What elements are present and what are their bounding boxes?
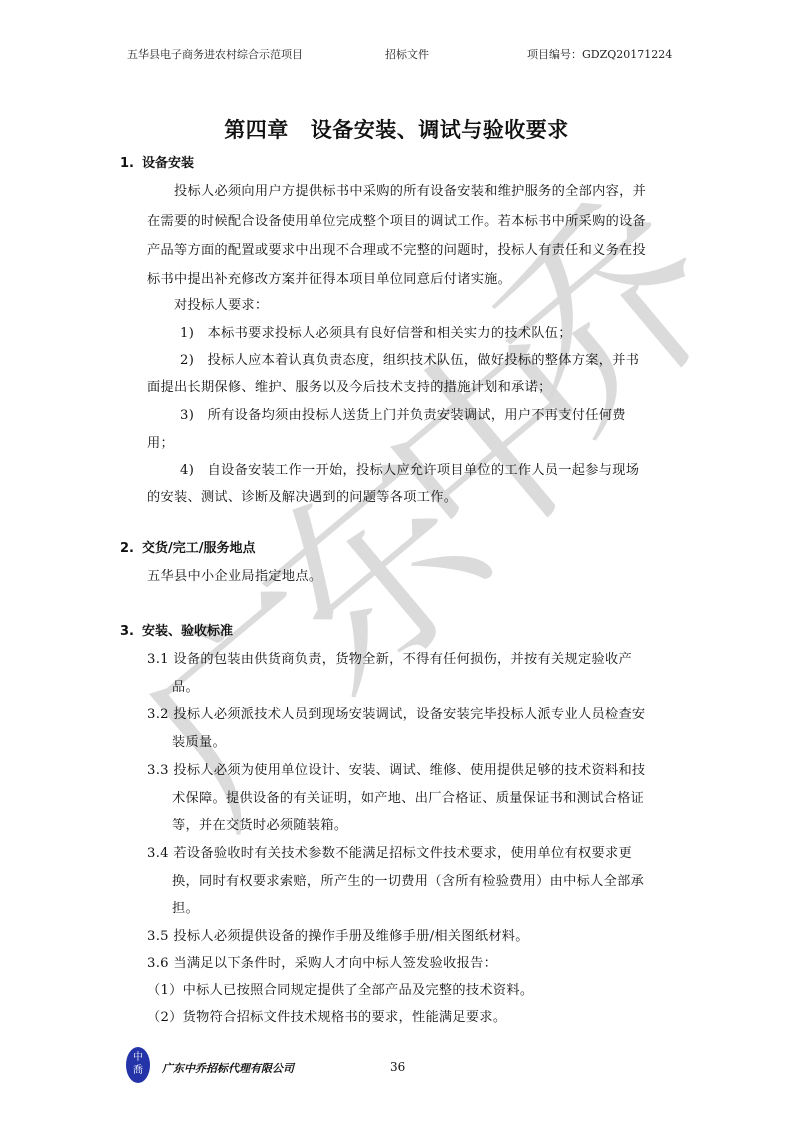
section-heading: 1.设备安装 [120,152,194,171]
paragraph-line: 用； [147,432,174,451]
section-heading: 3.安装、验收标准 [120,620,233,639]
list-item: 3.5 投标人必须提供设备的操作手册及维修手册/相关图纸材料。 [147,925,529,944]
list-item: 2) 投标人应本着认真负责态度，组织技术队伍，做好投标的整体方案，并书 [180,349,639,368]
paragraph-line: 等，并在交货时必须随装箱。 [172,814,347,833]
list-item: 4) 自设备安装工作一开始，投标人应允许项目单位的工作人员一起参与现场 [180,459,639,478]
header-project-number: 项目编号：GDZQ20171224 [527,46,672,62]
paragraph-line: 对投标人要求： [174,294,268,313]
list-item: （1）中标人已按照合同规定提供了全部产品及完整的技术资料。 [147,979,533,998]
paragraph-line: 装质量。 [172,731,226,750]
paragraph-line: 面提出长期保修、维护、服务以及今后技术支持的措施计划和承诺； [147,376,552,395]
paragraph-line: 投标人必须向用户方提供标书中采购的所有设备安装和维护服务的全部内容，并 [174,180,646,199]
paragraph-line: 产品等方面的配置或要求中出现不合理或不完整的问题时，投标人有责任和义务在投 [147,239,646,258]
paragraph-line: 换，同时有权要求索赔，所产生的一切费用（含所有检验费用）由中标人全部承 [172,870,644,889]
page-header: 五华县电子商务进农村综合示范项目 招标文件 项目编号：GDZQ20171224 [0,46,793,62]
section-heading: 2.交货/完工/服务地点 [120,537,256,556]
paragraph-line: 五华县中小企业局指定地点。 [147,565,322,584]
paragraph-line: 品。 [172,676,199,695]
paragraph-line: 术保障。提供设备的有关证明，如产地、出厂合格证、质量保证书和测试合格证 [172,787,644,806]
page-title: 第四章设备安装、调试与验收要求 [0,114,793,144]
chapter-title: 设备安装、调试与验收要求 [311,118,569,142]
list-item: （2）货物符合招标文件技术规格书的要求，性能满足要求。 [147,1006,506,1025]
header-doc-type: 招标文件 [385,46,429,62]
header-project-name: 五华县电子商务进农村综合示范项目 [127,46,303,62]
list-item: 3) 所有设备均须由投标人送货上门并负责安装调试，用户不再支付任何费 [180,404,626,423]
paragraph-line: 在需要的时候配合设备使用单位完成整个项目的调试工作。若本标书中所采购的设备 [147,210,646,229]
footer-company-name: 广东中乔招标代理有限公司 [162,1060,294,1076]
page-number: 36 [390,1060,405,1074]
paragraph-line: 担。 [172,897,199,916]
company-logo-icon: 中 喬 [126,1047,150,1083]
paragraph-line: 的安装、测试、诊断及解决遇到的问题等各项工作。 [147,486,457,505]
chapter-label: 第四章 [224,118,289,142]
paragraph-line: 标书中提出补充修改方案并征得本项目单位同意后付诸实施。 [147,268,511,287]
watermark-char: 东 [188,378,543,744]
list-item: 3.4 若设备验收时有关技术参数不能满足招标文件技术要求，使用单位有权要求更 [147,842,632,861]
list-item: 1) 本标书要求投标人必须具有良好信誉和相关实力的技术队伍； [180,322,572,341]
watermark-char: 中 [308,248,663,614]
list-item: 3.2 投标人必须派技术人员到现场安装调试，设备安装完毕投标人派专业人员检查安 [147,703,645,722]
list-item: 3.3 投标人必须为使用单位设计、安装、调试、维修、使用提供足够的技术资料和技 [147,759,645,778]
list-item: 3.1 设备的包装由供货商负责，货物全新，不得有任何损伤，并按有关规定验收产 [147,648,632,667]
list-item: 3.6 当满足以下条件时，采购人才向中标人签发验收报告： [147,952,497,971]
watermark-char: 乔 [418,118,773,484]
